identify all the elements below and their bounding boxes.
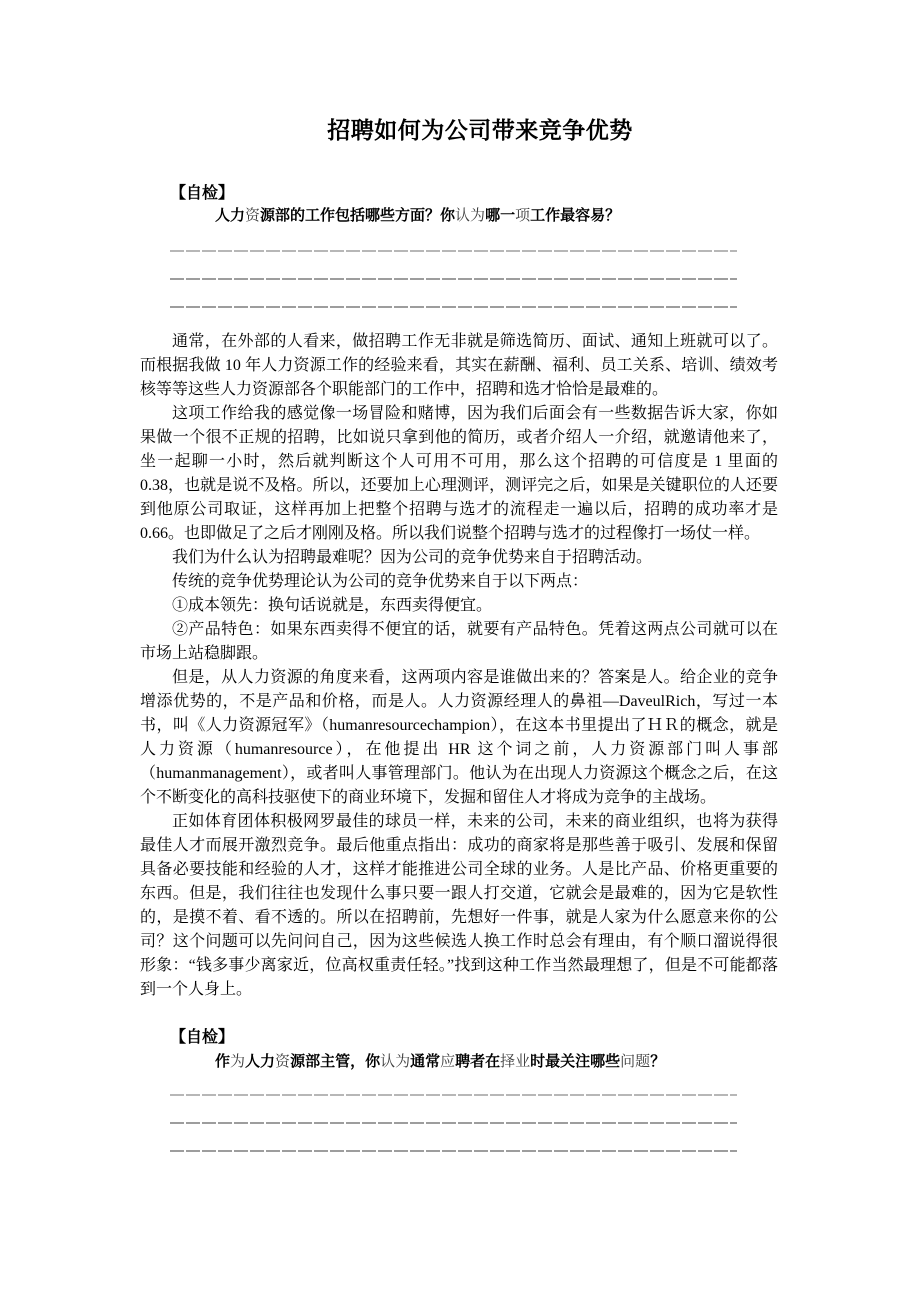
answer-blank-line <box>170 1096 737 1124</box>
paragraph: ①成本领先：换句话说就是，东西卖得便宜。 <box>140 594 778 618</box>
paragraph: 传统的竞争优势理论认为公司的竞争优势来自于以下两点： <box>140 570 778 594</box>
self-check-2-answer-blanks <box>170 1068 737 1152</box>
answer-blank-line <box>170 280 737 308</box>
answer-blank-line <box>170 224 737 252</box>
question-text-segment: 源部的工作包括哪些方面？你 <box>260 207 455 224</box>
paragraph: 正如体育团体积极网罗最佳的球员一样，未来的公司，未来的商业组织，也将为获得最佳人… <box>140 810 778 1002</box>
page-title-row: 招聘如何为公司带来竞争优势 <box>140 112 776 145</box>
paragraph: 我们为什么认为招聘最难呢？因为公司的竞争优势来自于招聘活动。 <box>140 546 778 570</box>
self-check-1-question: 人力资源部的工作包括哪些方面？你认为哪一项工作最容易？ <box>215 206 620 225</box>
question-text-segment: 认为 <box>455 207 485 224</box>
paragraph: ②产品特色：如果东西卖得不便宜的话，就要有产品特色。凭着这两点公司就可以在市场上… <box>140 618 778 666</box>
self-check-1-answer-blanks <box>170 224 737 308</box>
paragraph: 通常，在外部的人看来，做招聘工作无非就是筛选简历、面试、通知上班就可以了。而根据… <box>140 330 778 402</box>
page-title: 招聘如何为公司带来竞争优势 <box>327 112 633 145</box>
document-page: 招聘如何为公司带来竞争优势 【自检】 人力资源部的工作包括哪些方面？你认为哪一项… <box>0 0 915 1297</box>
self-check-1-label: 【自检】 <box>170 184 234 204</box>
answer-blank-line <box>170 1124 737 1152</box>
question-text-segment: 人力 <box>215 207 245 224</box>
answer-blank-line <box>170 252 737 280</box>
self-check-2-label: 【自检】 <box>170 1028 234 1048</box>
answer-blank-line <box>170 1068 737 1096</box>
paragraph: 但是，从人力资源的角度来看，这两项内容是谁做出来的？答案是人。给企业的竞争增添优… <box>140 666 778 810</box>
body-text: 通常，在外部的人看来，做招聘工作无非就是筛选简历、面试、通知上班就可以了。而根据… <box>140 330 778 1002</box>
paragraph: 这项工作给我的感觉像一场冒险和赌博，因为我们后面会有一些数据告诉大家，你如果做一… <box>140 402 778 546</box>
question-text-segment: 哪一 <box>485 207 515 224</box>
question-text-segment: 项 <box>515 207 530 224</box>
question-text-segment: 资 <box>245 207 260 224</box>
question-text-segment: 工作最容易？ <box>530 207 620 224</box>
